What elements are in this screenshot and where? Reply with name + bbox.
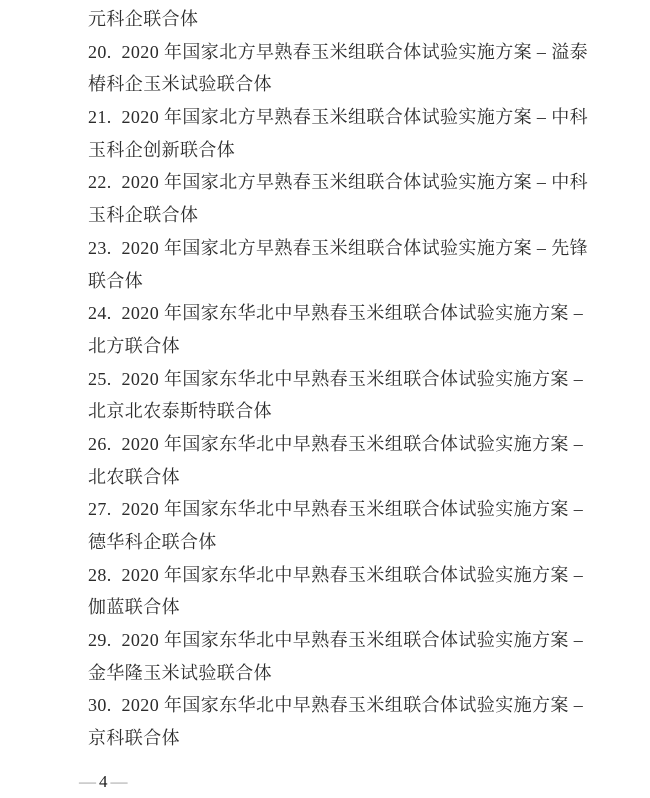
list-item-25-line-2: 北京北农泰斯特联合体 bbox=[88, 395, 608, 428]
list-item-27-line-1: 27. 2020 年国家东华北中早熟春玉米组联合体试验实施方案 – bbox=[88, 493, 608, 526]
document-page: 元科企联合体20. 2020 年国家北方早熟春玉米组联合体试验实施方案 – 溢泰… bbox=[0, 0, 650, 798]
list-item-29-line-2: 金华隆玉米试验联合体 bbox=[88, 657, 608, 690]
list-item-30-line-2: 京科联合体 bbox=[88, 722, 608, 755]
page-number: 4 bbox=[99, 772, 108, 791]
list-item-23-line-1: 23. 2020 年国家北方早熟春玉米组联合体试验实施方案 – 先锋 bbox=[88, 232, 608, 265]
list-item-26-line-1: 26. 2020 年国家东华北中早熟春玉米组联合体试验实施方案 – bbox=[88, 428, 608, 461]
list-item-continuation-line: 元科企联合体 bbox=[88, 3, 608, 36]
footer-dash-left: — bbox=[76, 772, 99, 791]
document-body: 元科企联合体20. 2020 年国家北方早熟春玉米组联合体试验实施方案 – 溢泰… bbox=[88, 3, 608, 755]
list-item-21-line-1: 21. 2020 年国家北方早熟春玉米组联合体试验实施方案 – 中科 bbox=[88, 101, 608, 134]
list-item-22-line-1: 22. 2020 年国家北方早熟春玉米组联合体试验实施方案 – 中科 bbox=[88, 166, 608, 199]
list-item-27-line-2: 德华科企联合体 bbox=[88, 526, 608, 559]
list-item-28-line-1: 28. 2020 年国家东华北中早熟春玉米组联合体试验实施方案 – bbox=[88, 559, 608, 592]
list-item-20-line-1: 20. 2020 年国家北方早熟春玉米组联合体试验实施方案 – 溢泰 bbox=[88, 36, 608, 69]
list-item-22-line-2: 玉科企联合体 bbox=[88, 199, 608, 232]
list-item-28-line-2: 伽蓝联合体 bbox=[88, 591, 608, 624]
list-item-24-line-2: 北方联合体 bbox=[88, 330, 608, 363]
list-item-30-line-1: 30. 2020 年国家东华北中早熟春玉米组联合体试验实施方案 – bbox=[88, 689, 608, 722]
list-item-20-line-2: 椿科企玉米试验联合体 bbox=[88, 68, 608, 101]
list-item-24-line-1: 24. 2020 年国家东华北中早熟春玉米组联合体试验实施方案 – bbox=[88, 297, 608, 330]
footer-dash-right: — bbox=[108, 772, 131, 791]
list-item-23-line-2: 联合体 bbox=[88, 265, 608, 298]
list-item-21-line-2: 玉科企创新联合体 bbox=[88, 134, 608, 167]
list-item-29-line-1: 29. 2020 年国家东华北中早熟春玉米组联合体试验实施方案 – bbox=[88, 624, 608, 657]
list-item-25-line-1: 25. 2020 年国家东华北中早熟春玉米组联合体试验实施方案 – bbox=[88, 363, 608, 396]
page-footer: —4— bbox=[76, 772, 131, 792]
list-item-26-line-2: 北农联合体 bbox=[88, 461, 608, 494]
